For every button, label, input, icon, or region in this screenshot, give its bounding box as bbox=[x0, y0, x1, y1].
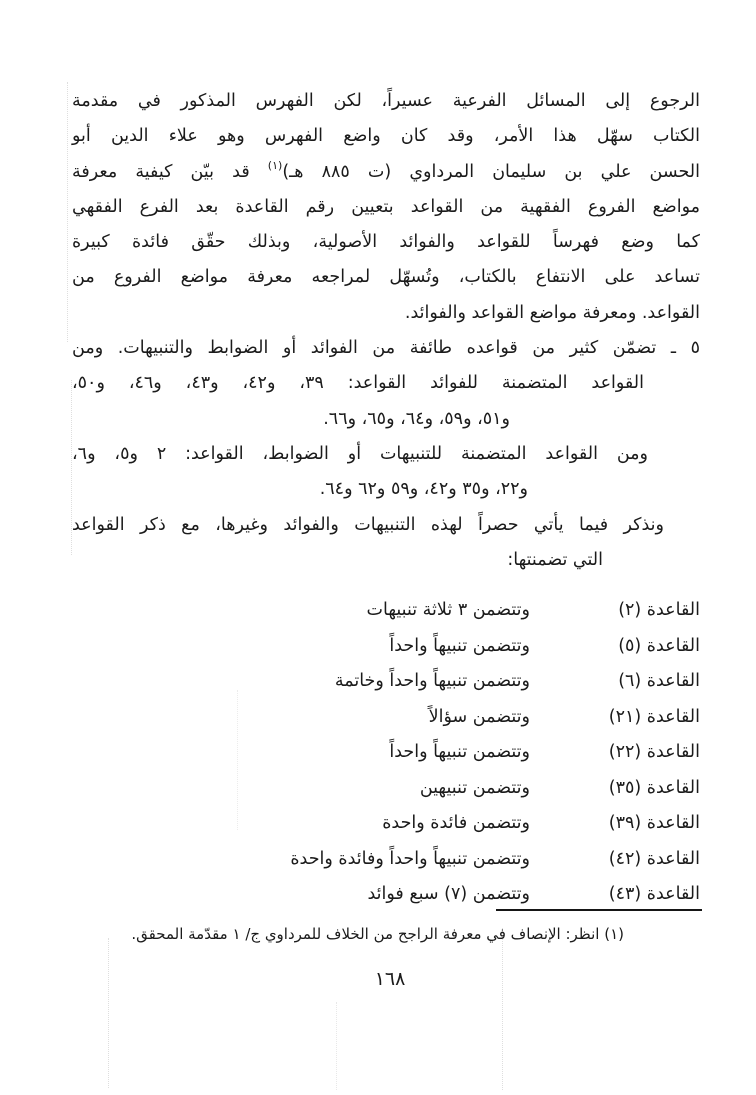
table-row: القاعدة (٥) وتتضمن تنبيهاً واحداً bbox=[72, 636, 700, 672]
rule-label: القاعدة (٦) bbox=[576, 671, 700, 691]
main-text-block: الرجوع إلى المسائل الفرعية عسيراً، لكن ا… bbox=[72, 84, 700, 578]
rule-label: القاعدة (٣٥) bbox=[576, 778, 700, 798]
paragraph-last-line: القواعد. ومعرفة مواضع القواعد والفوائد. bbox=[72, 296, 700, 331]
footnote-text: (١) انظر: الإنصاف في معرفة الراجح من الخ… bbox=[72, 921, 700, 947]
table-row: القاعدة (٤٢) وتتضمن تنبيهاً واحداً وفائد… bbox=[72, 849, 700, 885]
line-text: الحسن علي بن سليمان المرداوي (ت ٨٨٥ هـ) bbox=[282, 162, 700, 182]
list-item-5-line: ٥ ـ تضمّن كثير من قواعده طائفة من الفوائ… bbox=[72, 331, 700, 366]
rule-description: وتتضمن (٧) سبع فوائد bbox=[72, 884, 530, 904]
rule-label: القاعدة (٤٣) bbox=[576, 884, 700, 904]
paragraph-line: التي تضمنتها: bbox=[72, 543, 700, 578]
rule-label: القاعدة (٢١) bbox=[576, 707, 700, 727]
paragraph-line: مواضع الفروع الفقهية من القواعد بتعيين ر… bbox=[72, 190, 700, 225]
list-item-5-line: و٥١، و٥٩، و٦٤، و٦٥، و٦٦. bbox=[72, 402, 700, 437]
table-row: القاعدة (٣٩) وتتضمن فائدة واحدة bbox=[72, 813, 700, 849]
list-item-5-line: القواعد المتضمنة للفوائد القواعد: ٣٩، و٤… bbox=[72, 366, 700, 401]
paragraph-line: و٢٢، و٣٥ و٤٢، و٥٩ و٦٢ و٦٤. bbox=[72, 472, 700, 507]
rule-description: وتتضمن تنبيهاً واحداً bbox=[72, 742, 530, 762]
paragraph-line: ونذكر فيما يأتي حصراً لهذه التنبيهات وال… bbox=[72, 508, 700, 543]
paragraph-line: تساعد على الانتفاع بالكتاب، وتُسهّل لمرا… bbox=[72, 260, 700, 295]
rule-description: وتتضمن تنبيهين bbox=[72, 778, 530, 798]
rule-description: وتتضمن تنبيهاً واحداً وخاتمة bbox=[72, 671, 530, 691]
scan-artifact bbox=[108, 938, 109, 1088]
scan-artifact bbox=[67, 82, 68, 342]
rules-list: القاعدة (٢) وتتضمن ٣ ثلاثة تنبيهات القاع… bbox=[72, 600, 700, 920]
page-number: ١٦٨ bbox=[12, 968, 756, 990]
paragraph-line: الكتاب سهّل هذا الأمر، وقد كان واضع الفه… bbox=[72, 119, 700, 154]
paragraph-line: كما وضع فهرساً للقواعد والفوائد الأصولية… bbox=[72, 225, 700, 260]
scanned-book-page: الرجوع إلى المسائل الفرعية عسيراً، لكن ا… bbox=[0, 0, 756, 1095]
paragraph-line-with-footnote-ref: الحسن علي بن سليمان المرداوي (ت ٨٨٥ هـ)(… bbox=[72, 155, 700, 190]
rule-description: وتتضمن تنبيهاً واحداً وفائدة واحدة bbox=[72, 849, 530, 869]
rule-description: وتتضمن تنبيهاً واحداً bbox=[72, 636, 530, 656]
rule-label: القاعدة (٤٢) bbox=[576, 849, 700, 869]
rule-label: القاعدة (٣٩) bbox=[576, 813, 700, 833]
table-row: القاعدة (٦) وتتضمن تنبيهاً واحداً وخاتمة bbox=[72, 671, 700, 707]
scan-artifact bbox=[502, 928, 503, 1090]
scan-artifact bbox=[336, 1002, 337, 1090]
table-row: القاعدة (٢١) وتتضمن سؤالاً bbox=[72, 707, 700, 743]
table-row: القاعدة (٣٥) وتتضمن تنبيهين bbox=[72, 778, 700, 814]
footnote-separator-line bbox=[496, 909, 702, 911]
rule-label: القاعدة (٢٢) bbox=[576, 742, 700, 762]
table-row: القاعدة (٢) وتتضمن ٣ ثلاثة تنبيهات bbox=[72, 600, 700, 636]
rule-description: وتتضمن سؤالاً bbox=[72, 707, 530, 727]
line-text: قد بيّن كيفية معرفة bbox=[72, 162, 250, 182]
footnote-marker: (١) bbox=[268, 159, 283, 172]
paragraph-line: الرجوع إلى المسائل الفرعية عسيراً، لكن ا… bbox=[72, 84, 700, 119]
table-row: القاعدة (٤٣) وتتضمن (٧) سبع فوائد bbox=[72, 884, 700, 920]
rule-description: وتتضمن فائدة واحدة bbox=[72, 813, 530, 833]
rule-label: القاعدة (٢) bbox=[576, 600, 700, 620]
rule-description: وتتضمن ٣ ثلاثة تنبيهات bbox=[72, 600, 530, 620]
table-row: القاعدة (٢٢) وتتضمن تنبيهاً واحداً bbox=[72, 742, 700, 778]
paragraph-line: ومن القواعد المتضمنة للتنبيهات أو الضواب… bbox=[72, 437, 700, 472]
rule-label: القاعدة (٥) bbox=[576, 636, 700, 656]
